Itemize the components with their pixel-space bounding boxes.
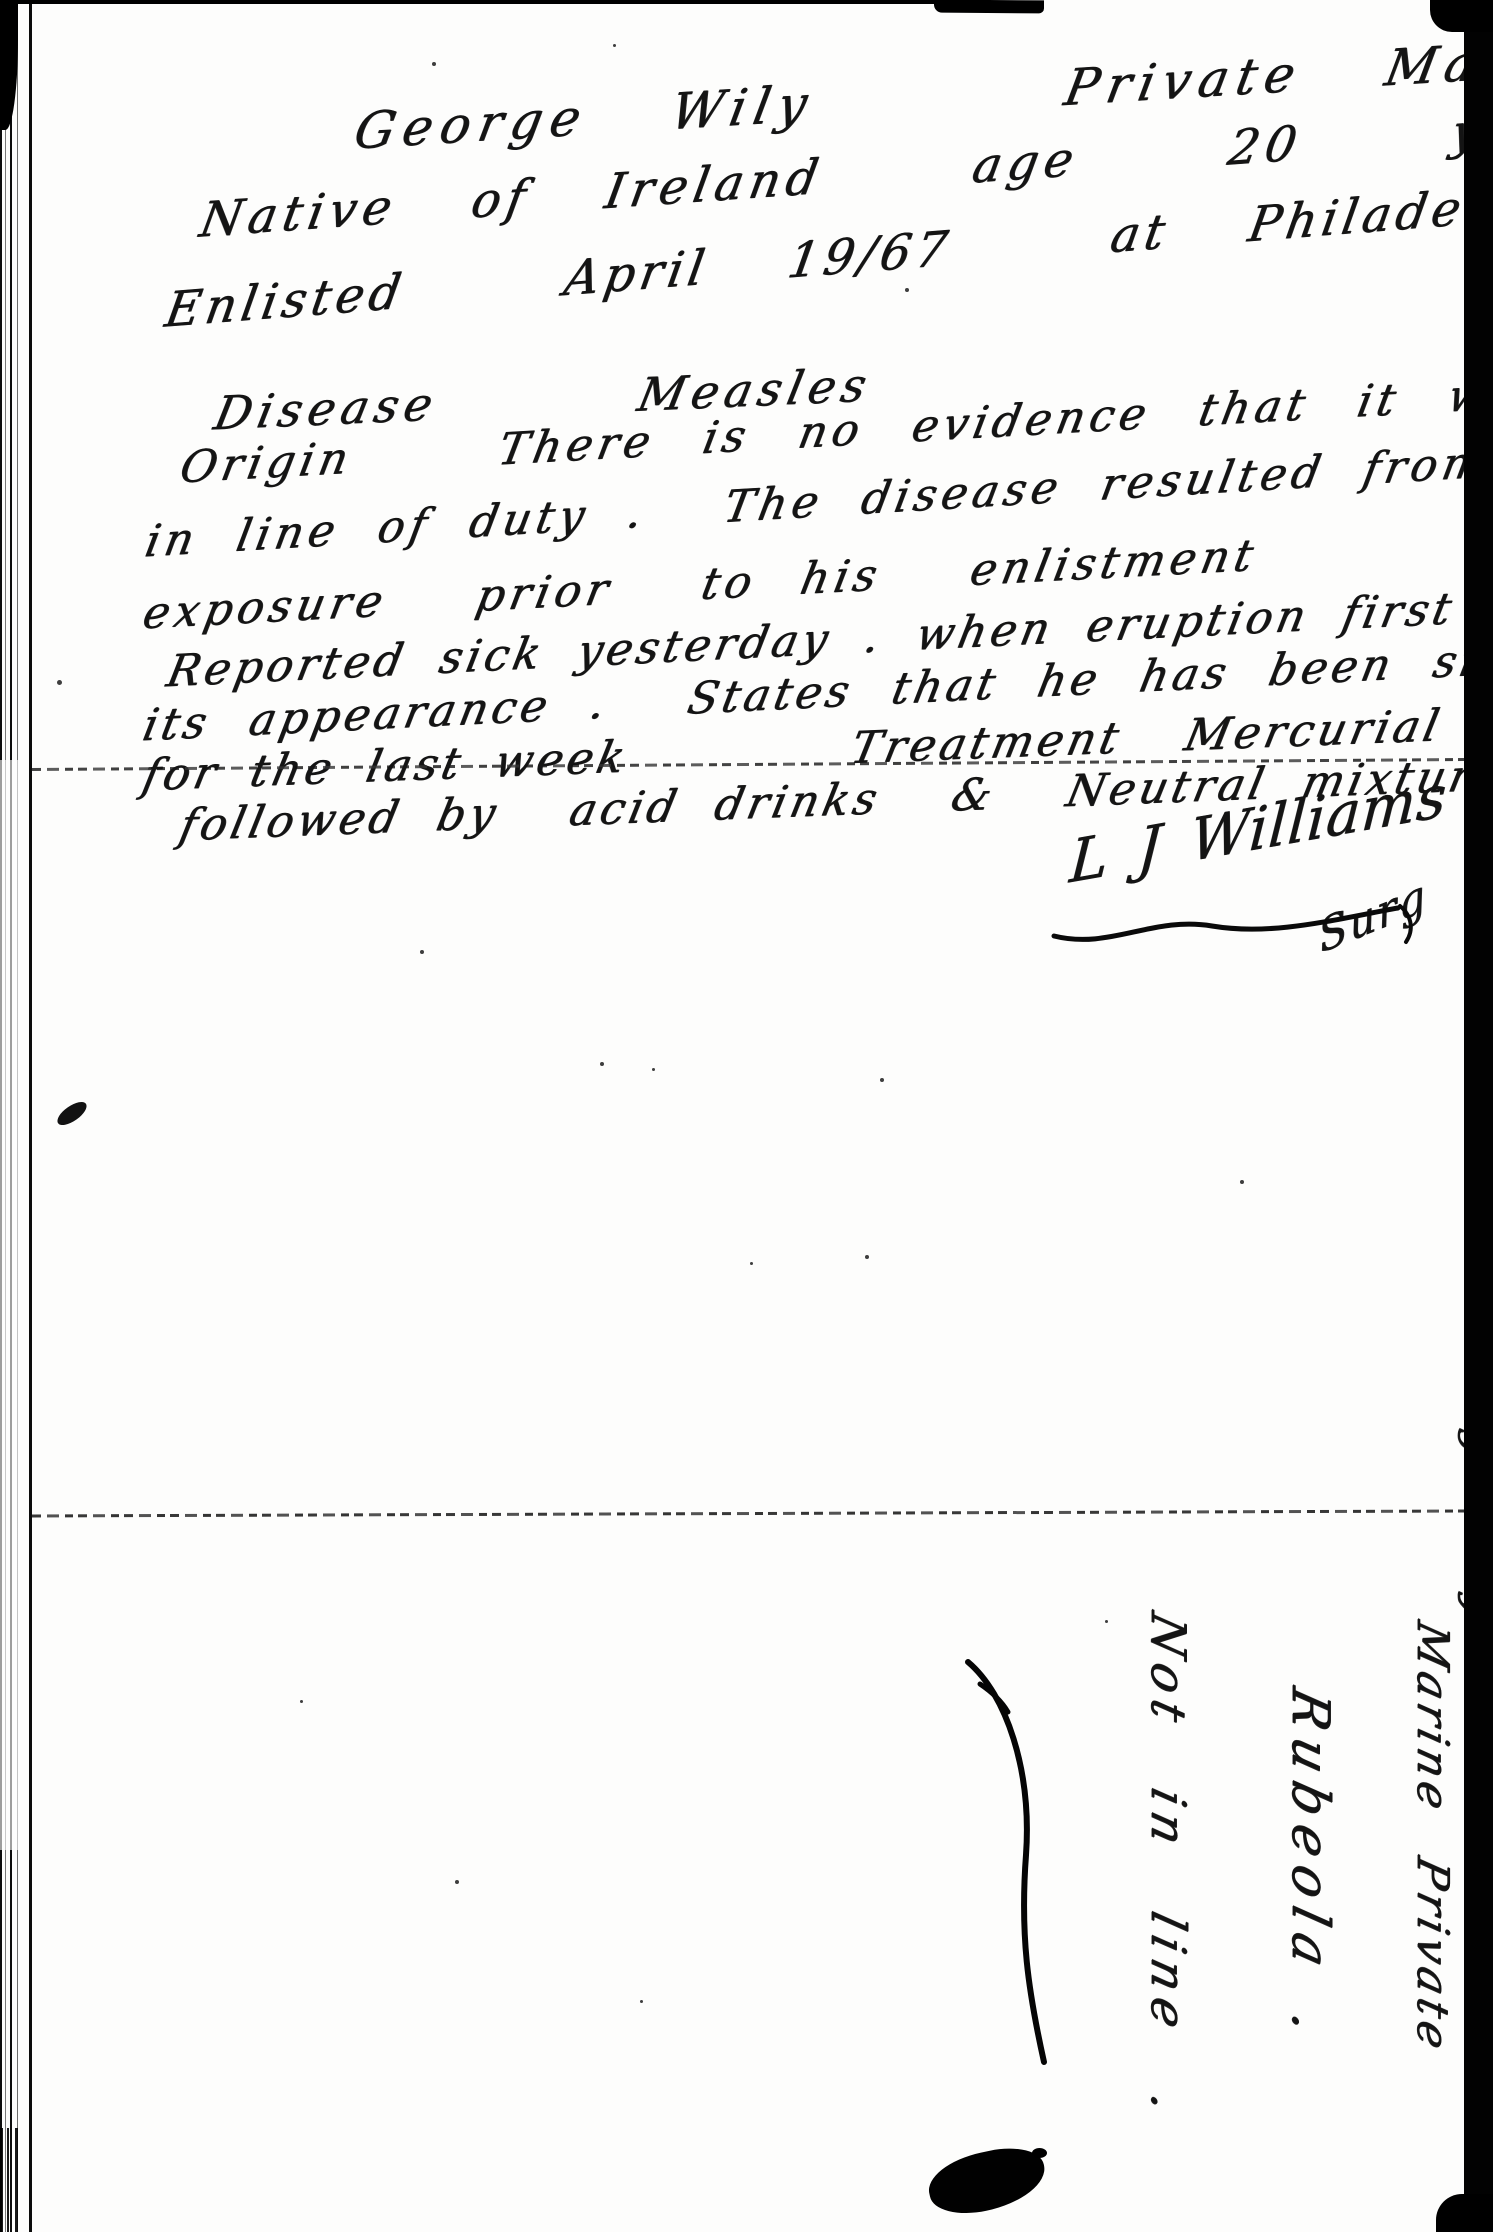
docket-rank-line: Marine Private	[1410, 1617, 1454, 2058]
scan-speck	[600, 1062, 604, 1066]
scan-speck	[865, 1255, 869, 1259]
manuscript-page: George Wily Private MarineNative of Irel…	[0, 0, 1493, 2232]
scan-speck	[640, 2000, 643, 2003]
scan-speck	[432, 62, 436, 66]
scan-speck	[1240, 1180, 1244, 1184]
ink-blot-satellite	[1032, 2148, 1047, 2158]
scan-speck	[420, 950, 424, 954]
signature-flourish	[1040, 886, 1440, 966]
scan-speck	[750, 1262, 753, 1265]
scan-speck	[652, 1068, 655, 1071]
bottom-right-corner-blot	[1436, 2194, 1493, 2232]
docket-ruling-line: Not in line .	[1144, 1608, 1192, 2125]
scan-speck	[455, 1880, 459, 1884]
scan-speck	[57, 680, 62, 685]
scan-speck	[613, 44, 616, 47]
top-edge-line	[0, 0, 938, 4]
scan-speck	[905, 288, 909, 292]
docket-disease-line: Rubeola .	[1284, 1683, 1336, 2049]
scan-speck	[1105, 1620, 1108, 1623]
bottom-left-edge-marks	[0, 2128, 22, 2232]
binding-edge-line	[29, 0, 32, 2232]
fold-crease-lower	[32, 1510, 1464, 1518]
scan-speck	[880, 1078, 884, 1082]
top-edge-wedge	[934, 0, 1044, 13]
right-edge-strip	[1464, 0, 1493, 2232]
top-right-corner-blot	[1430, 0, 1493, 32]
docket-bracket-flourish	[940, 1650, 1070, 2080]
binding-streaks-middle	[0, 760, 27, 1850]
scan-speck	[300, 1700, 303, 1703]
left-margin-smudge	[54, 1098, 90, 1130]
